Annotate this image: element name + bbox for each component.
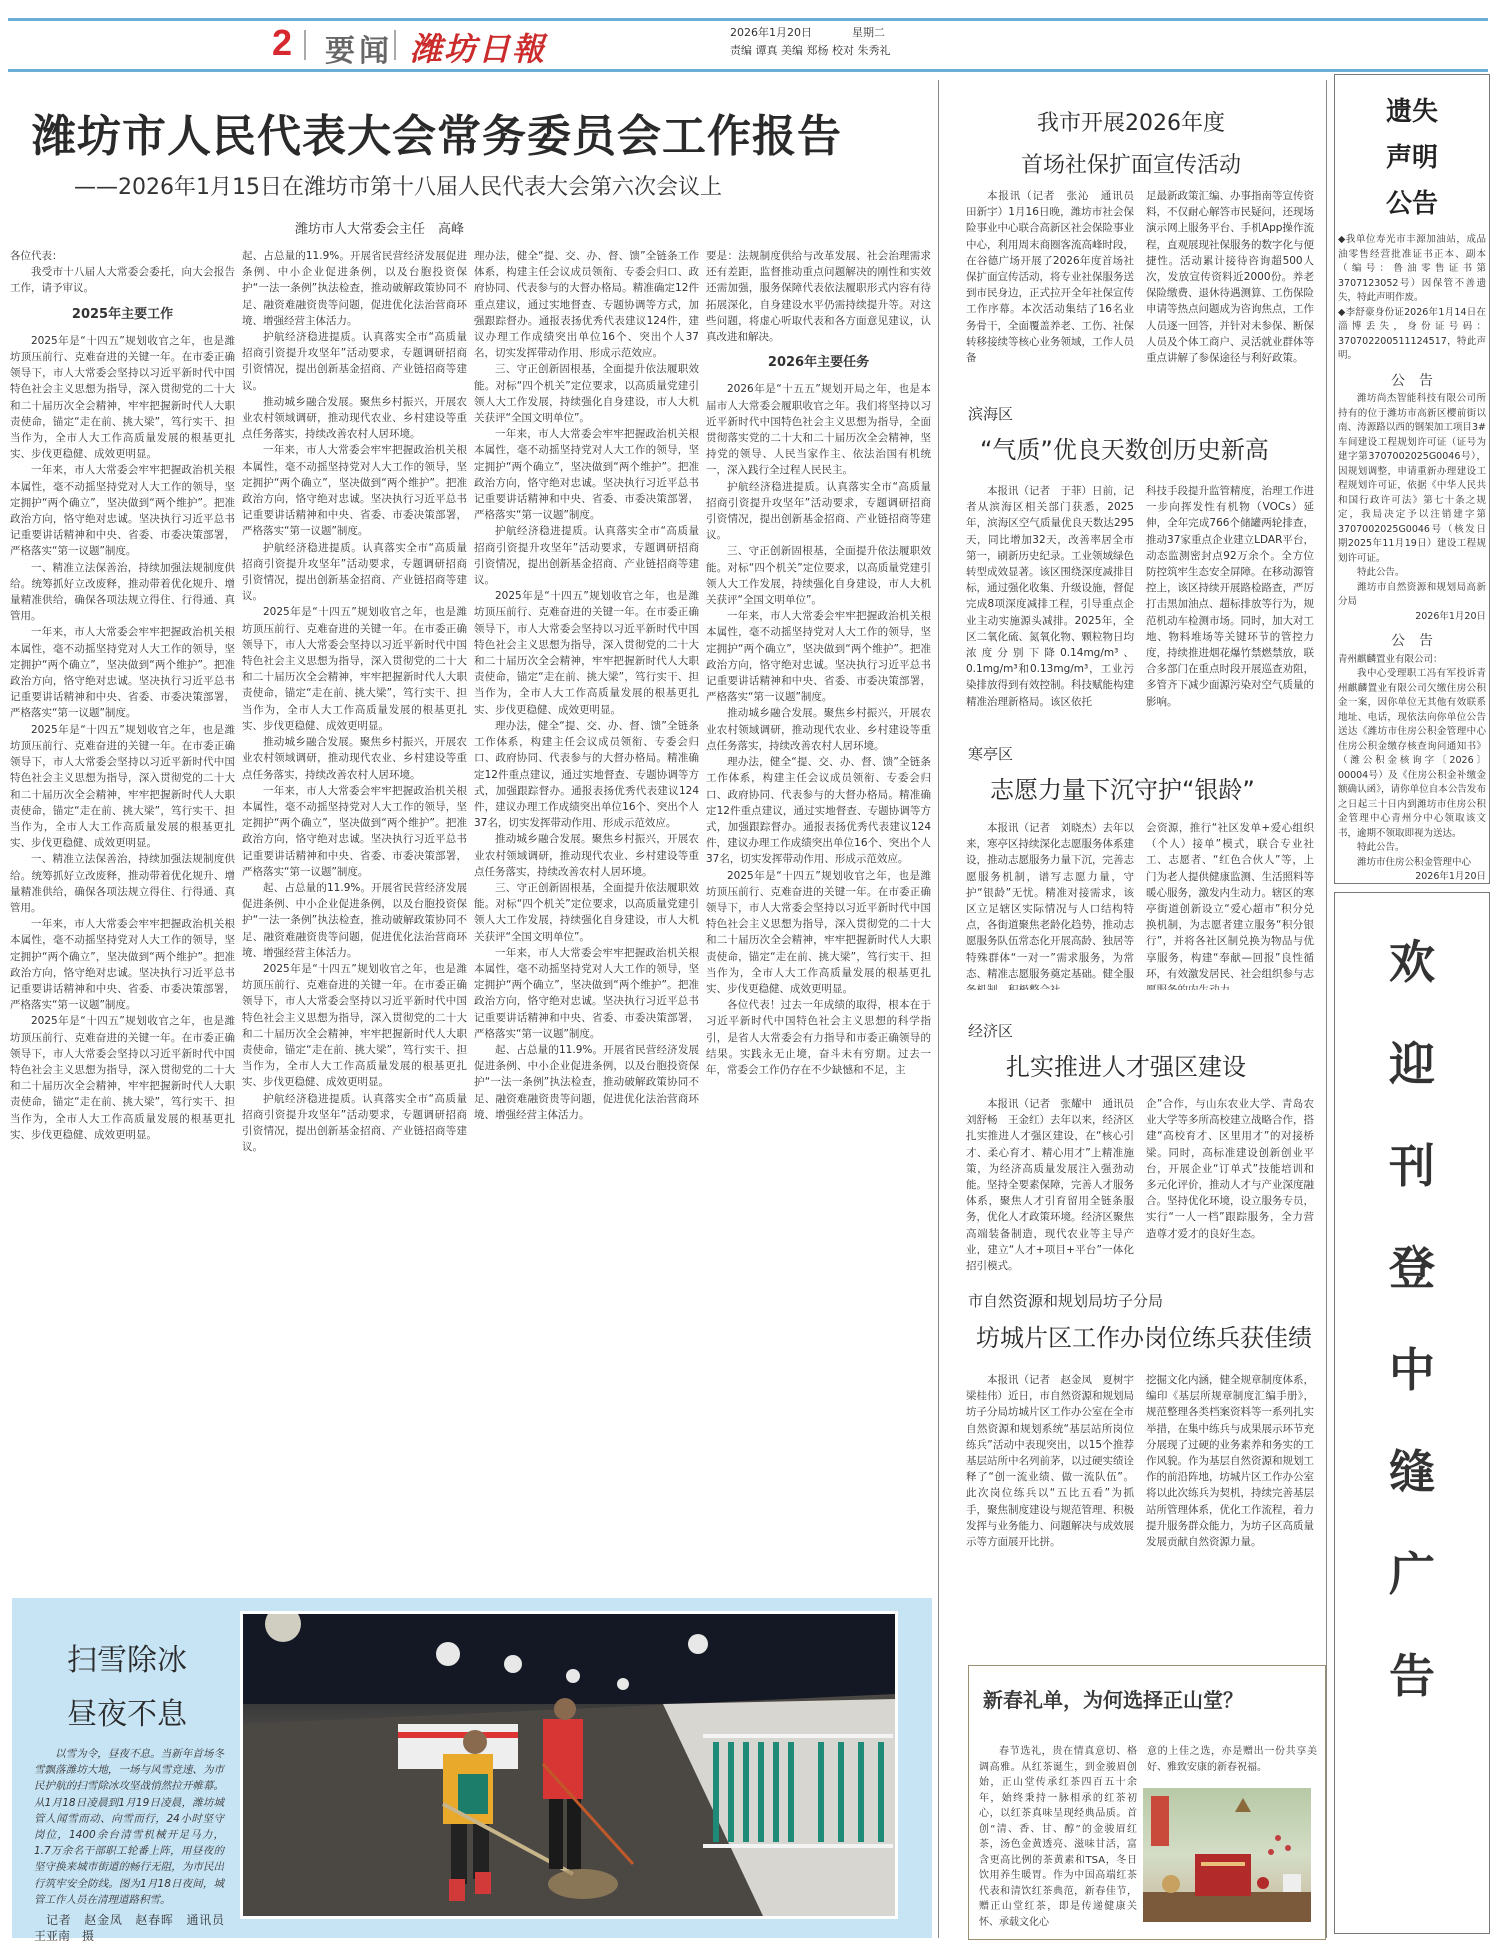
notice-text: 潍坊尚杰智能科技有限公司所持有的位于潍坊市高新区樱前街以南、涛源路以西的钢架加工… (1338, 392, 1486, 566)
body-paragraph: 一年来，市人大常委会牢牢把握政治机关根本属性，毫不动摇坚持党对人大工作的领导，坚… (706, 608, 931, 705)
ad-char: 缝 (1335, 1421, 1489, 1523)
news-body-right: 足最新政策汇编、办事指南等宣传资料，不仅耐心解答市民疑问，还现场演示网上服务平台… (1146, 188, 1314, 368)
news-kicker: 市自然资源和规划局坊子分局 (968, 1290, 1163, 1311)
news-body-text: 本报讯（记者 赵金凤 夏树宇 梁桂伟）近日，市自然资源和规划局坊子分局坊城片区工… (966, 1372, 1134, 1550)
issue-weekday: 星期二 (852, 26, 885, 39)
news-kicker: 滨海区 (968, 403, 1013, 424)
tea-ad-body-right: 意的上佳之选，亦是赠出一份共享美好、雅致安康的新春祝福。 (1147, 1744, 1317, 1784)
snow-story-title: 扫雪除冰 昼夜不息 (32, 1634, 222, 1742)
body-paragraph: 护航经济稳进提质。认真落实全市“高质量招商引资提升攻坚年”活动要求，专题调研招商… (242, 329, 467, 394)
body-paragraph: 一年来，市人大常委会牢牢把握政治机关根本属性，毫不动摇坚持党对人大工作的领导，坚… (242, 783, 467, 880)
tea-advertisement: 新春礼单，为何选择正山堂？ 春节选礼，贵在情真意切、格调高雅。从红茶诞生，到金骏… (968, 1665, 1326, 1940)
news-body-text: 本报讯（记者 刘晓杰）去年以来，寒亭区持续深化志愿服务体系建设，推动志愿服务力量… (966, 820, 1134, 990)
ad-char: 广 (1335, 1523, 1489, 1625)
column-divider (1326, 80, 1327, 1938)
news-body-left: 本报讯（记者 刘晓杰）去年以来，寒亭区持续深化志愿服务体系建设，推动志愿服务力量… (966, 820, 1134, 990)
masthead-bottom-rule (8, 69, 1488, 72)
news-title-air-quality: “气质”优良天数创历史新高 (980, 430, 1320, 465)
snow-title-line2: 昼夜不息 (32, 1688, 222, 1742)
masthead-divider (394, 30, 396, 60)
news-body-right: 科技手段提升监管精度，治理工作进一步向挥发性有机物（VOCs）延伸，全年完成76… (1146, 483, 1314, 708)
lead-headline: 潍坊市人民代表大会常务委员会工作报告 (32, 100, 842, 164)
body-paragraph: 一、精准立法保善治，持续加强法规制度供给。统筹抓好立改废释，推动带着优化规升、增… (10, 851, 235, 916)
lead-subheadline: ——2026年1月15日在潍坊市第十八届人民代表大会第六次会议上 (74, 170, 722, 201)
notice-signer: 潍坊市自然资源和规划局高新分局 (1338, 581, 1486, 610)
body-paragraph: 一年来，市人大常委会牢牢把握政治机关根本属性，毫不动摇坚持党对人大工作的领导，坚… (242, 442, 467, 539)
editor-credits: 责编 谭真 美编 郑杨 校对 朱秀礼 (730, 42, 960, 60)
news-body-text: 企”合作，与山东农业大学、青岛农业大学等多所高校建立战略合作，搭建“高校育才、区… (1146, 1096, 1314, 1242)
news-title-line: 我市开展2026年度 (946, 103, 1316, 145)
lead-column-1: 各位代表： 我受市十八届人大常委会委托，向大会报告工作，请予审议。 2025年主… (10, 248, 235, 1578)
news-body-text: 挖掘文化内涵，健全规章制度体系，编印《基层所规章制度汇编手册》，规范整理各类档案… (1146, 1372, 1314, 1550)
body-paragraph: 2025年是“十四五”规划收官之年，也是潍坊顶压前行、克难奋进的关键一年。在市委… (242, 961, 467, 1091)
body-paragraph: 护航经济稳进提质。认真落实全市“高质量招商引资提升攻坚年”活动要求，专题调研招商… (706, 479, 931, 544)
notice-date: 2026年1月20日 (1338, 610, 1486, 625)
notice-closing: 特此公告。 (1338, 566, 1486, 581)
greeting: 各位代表： (10, 248, 235, 264)
notice-title: 公 告 (1338, 374, 1486, 389)
body-paragraph: 一、精准立法保善治，持续加强法规制度供给。统筹抓好立改废释，推动带着优化规升、增… (10, 560, 235, 625)
body-paragraph: 一年来，市人大常委会牢牢把握政治机关根本属性，毫不动摇坚持党对人大工作的领导，坚… (10, 916, 235, 1013)
body-paragraph: 三、守正创新固根基，全面提升依法履职效能。对标“四个机关”定位要求，以高质量党建… (474, 880, 699, 945)
body-paragraph: 三、守正创新固根基，全面提升依法履职效能。对标“四个机关”定位要求，以高质量党建… (474, 361, 699, 426)
body-paragraph: 2025年是“十四五”规划收官之年，也是潍坊顶压前行、克难奋进的关键一年。在市委… (10, 1013, 235, 1143)
news-body-right: 会资源，推行“社区发单+爱心组织（个人）接单”模式，联合专业社工、志愿者、“红色… (1146, 820, 1314, 990)
lead-column-2: 起、占总量的11.9%。开展省民营经济发展促进条例、中小企业促进条例，以及台胞投… (242, 248, 467, 1578)
notice-header-line: 公告 (1335, 181, 1489, 227)
photo-credit: 记者 赵金凤 赵春晖 通讯员 王亚南 摄 (34, 1912, 224, 1944)
notice-signer: 潍坊市住房公积金管理中心 (1338, 856, 1486, 871)
vertical-ad-text: 欢 迎 刊 登 中 缝 广 告 (1335, 893, 1489, 1727)
masthead-divider (304, 30, 306, 60)
body-paragraph: 一年来，市人大常委会牢牢把握政治机关根本属性，毫不动摇坚持党对人大工作的领导，坚… (10, 624, 235, 721)
tea-ad-headline: 新春礼单，为何选择正山堂？ (983, 1684, 1243, 1713)
issue-date: 2026年1月20日 (730, 26, 812, 39)
lead-column-3: 理办法，健全“提、交、办、督、馈”全链条工作体系，构建主任会议成员领衔、专委会归… (474, 248, 699, 1578)
news-body-text: 本报讯（记者 张耀中 通讯员 刘舒畅 王金红）去年以来，经济区扎实推进人才强区建… (966, 1096, 1134, 1271)
notice-addressee: 青州麒麟置业有限公司： (1338, 653, 1486, 668)
notice-header-line: 声明 (1335, 135, 1489, 181)
ad-char: 告 (1335, 1625, 1489, 1727)
body-paragraph: 推动城乡融合发展。聚焦乡村振兴，开展农业农村领域调研，推动现代农业、乡村建设等重… (706, 705, 931, 754)
ad-char: 迎 (1335, 1013, 1489, 1115)
snow-body-text: 以雪为令，昼夜不息。当新年首场冬雪飘落潍坊大地，一场与风雪竞速、为市民护航的扫雪… (34, 1746, 224, 1908)
news-title-social-insurance: 我市开展2026年度 首场社保扩面宣传活动 (946, 103, 1316, 187)
news-body-left: 本报讯（记者 于菲）日前，记者从滨海区相关部门获悉，2025年，滨海区空气质量优… (966, 483, 1134, 708)
body-paragraph: 护航经济稳进提质。认真落实全市“高质量招商引资提升攻坚年”活动要求，专题调研招商… (242, 540, 467, 605)
body-paragraph: 三、守正创新固根基，全面提升依法履职效能。对标“四个机关”定位要求，以高质量党建… (706, 543, 931, 608)
body-paragraph: 2025年是“十四五”规划收官之年，也是潍坊顶压前行、克难奋进的关键一年。在市委… (242, 604, 467, 734)
section-heading-2026: 2026年主要任务 (706, 355, 931, 371)
body-paragraph: 推动城乡融合发展。聚焦乡村振兴，开展农业农村领域调研，推动现代农业、乡村建设等重… (242, 734, 467, 783)
vertical-ad-box: 欢 迎 刊 登 中 缝 广 告 (1334, 892, 1490, 1934)
snow-story-panel: 扫雪除冰 昼夜不息 以雪为令，昼夜不息。当新年首场冬雪飘落潍坊大地，一场与风雪竞… (12, 1598, 932, 1938)
ad-char: 中 (1335, 1319, 1489, 1421)
snow-story-body: 以雪为令，昼夜不息。当新年首场冬雪飘落潍坊大地，一场与风雪竞速、为市民护航的扫雪… (34, 1746, 224, 1944)
news-title-volunteers: 志愿力量下沉守护“银龄” (990, 770, 1320, 805)
news-title-training: 坊城片区工作办岗位练兵获佳绩 (976, 1318, 1316, 1353)
notice-date: 2026年1月20日 (1338, 870, 1486, 885)
snow-title-line1: 扫雪除冰 (32, 1634, 222, 1688)
tea-ad-text: 春节选礼，贵在情真意切、格调高雅。从红茶诞生，到金骏眉创始，正山堂传承红茶四百五… (979, 1744, 1137, 1930)
body-paragraph: 理办法，健全“提、交、办、督、馈”全链条工作体系，构建主任会议成员领衔、专委会归… (474, 718, 699, 831)
body-paragraph: 要是：法规制度供给与改革发展、社会治理需求还有差距，监督推动重点问题解决的刚性和… (706, 248, 931, 345)
news-title-line: 首场社保扩面宣传活动 (946, 145, 1316, 187)
news-kicker: 寒亭区 (968, 743, 1013, 764)
notice-text: 我中心受理职工冯有军投诉青州麒麟置业有限公司欠缴住房公积金一案，因你单位无其他有… (1338, 667, 1486, 841)
body-paragraph: 推动城乡融合发展。聚焦乡村振兴，开展农业农村领域调研，推动现代农业、乡村建设等重… (242, 394, 467, 443)
intro-paragraph: 我受市十八届人大常委会委托，向大会报告工作，请予审议。 (10, 264, 235, 296)
notice-header: 遗失 声明 公告 (1335, 75, 1489, 227)
news-body-text: 足最新政策汇编、办事指南等宣传资料，不仅耐心解答市民疑问，还现场演示网上服务平台… (1146, 188, 1314, 366)
news-body-left: 本报讯（记者 赵金凤 夏树宇 梁桂伟）近日，市自然资源和规划局坊子分局坊城片区工… (966, 1372, 1134, 1647)
body-paragraph: 2026年是“十五五”规划开局之年，也是本届市人大常委会履职收官之年。我们将坚持… (706, 381, 931, 478)
body-paragraph: 护航经济稳进提质。认真落实全市“高质量招商引资提升攻坚年”活动要求，专题调研招商… (242, 1091, 467, 1156)
news-body-left: 本报讯（记者 张沁 通讯员 田新宇）1月16日晚，潍坊市社会保险事业中心联合高新… (966, 188, 1134, 368)
body-paragraph: 各位代表！过去一年成绩的取得，根本在于习近平新时代中国特色社会主义思想的科学指引… (706, 997, 931, 1078)
body-paragraph: 起、占总量的11.9%。开展省民营经济发展促进条例、中小企业促进条例，以及台胞投… (242, 248, 467, 329)
lost-notice-box: 遗失 声明 公告 ◆我单位寿光市丰源加油站，成品油零售经营批准证书正本、副本（编… (1334, 74, 1490, 884)
body-paragraph: 2025年是“十四五”规划收官之年，也是潍坊顶压前行、克难奋进的关键一年。在市委… (10, 333, 235, 463)
masthead-meta: 2026年1月20日星期二 责编 谭真 美编 郑杨 校对 朱秀礼 (730, 24, 960, 60)
column-divider (938, 80, 939, 1938)
ad-char: 欢 (1335, 911, 1489, 1013)
lost-item-notice: ◆我单位寿光市丰源加油站，成品油零售经营批准证书正本、副本（编号：鲁油零售证书第… (1338, 233, 1486, 306)
tea-ad-text: 意的上佳之选，亦是赠出一份共享美好、雅致安康的新春祝福。 (1147, 1744, 1317, 1775)
snow-photo-illustration (243, 1614, 895, 1916)
tea-ad-body-left: 春节选礼，贵在情真意切、格调高雅。从红茶诞生，到金骏眉创始，正山堂传承红茶四百五… (979, 1744, 1137, 1934)
notice-header-line: 遗失 (1335, 89, 1489, 135)
snow-clearing-photo (240, 1611, 898, 1919)
body-paragraph: 2025年是“十四五”规划收官之年，也是潍坊顶压前行、克难奋进的关键一年。在市委… (706, 868, 931, 998)
masthead-top-rule (8, 18, 1488, 21)
news-body-text: 科技手段提升监管精度，治理工作进一步向挥发性有机物（VOCs）延伸，全年完成76… (1146, 483, 1314, 708)
ad-char: 刊 (1335, 1115, 1489, 1217)
lead-column-4: 要是：法规制度供给与改革发展、社会治理需求还有差距，监督推动重点问题解决的刚性和… (706, 248, 931, 1578)
notice-title: 公 告 (1338, 634, 1486, 649)
lost-item-notice: ◆李舒豪身份证2026年1月14日在淄博丢失，身份证号码：37070220051… (1338, 306, 1486, 364)
news-kicker: 经济区 (968, 1020, 1013, 1041)
body-paragraph: 一年来，市人大常委会牢牢把握政治机关根本属性，毫不动摇坚持党对人大工作的领导，坚… (474, 426, 699, 523)
tea-photo-illustration (1143, 1788, 1311, 1922)
news-body-right: 企”合作，与山东农业大学、青岛农业大学等多所高校建立战略合作，搭建“高校育才、区… (1146, 1096, 1314, 1271)
tea-product-photo (1143, 1788, 1311, 1922)
news-body-left: 本报讯（记者 张耀中 通讯员 刘舒畅 王金红）去年以来，经济区扎实推进人才强区建… (966, 1096, 1134, 1271)
section-heading-2025: 2025年主要工作 (10, 307, 235, 323)
news-body-right: 挖掘文化内涵，健全规章制度体系，编印《基层所规章制度汇编手册》，规范整理各类档案… (1146, 1372, 1314, 1647)
body-paragraph: 起、占总量的11.9%。开展省民营经济发展促进条例、中小企业促进条例，以及台胞投… (474, 1042, 699, 1123)
body-paragraph: 理办法，健全“提、交、办、督、馈”全链条工作体系，构建主任会议成员领衔、专委会归… (706, 754, 931, 867)
news-body-text: 本报讯（记者 于菲）日前，记者从滨海区相关部门获悉，2025年，滨海区空气质量优… (966, 483, 1134, 708)
notice-closing: 特此公告。 (1338, 841, 1486, 856)
paper-name-logo: 潍坊日報 (410, 24, 546, 70)
page-number: 2 (272, 22, 292, 64)
body-paragraph: 2025年是“十四五”规划收官之年，也是潍坊顶压前行、克难奋进的关键一年。在市委… (474, 588, 699, 718)
news-body-text: 本报讯（记者 张沁 通讯员 田新宇）1月16日晚，潍坊市社会保险事业中心联合高新… (966, 188, 1134, 366)
body-paragraph: 2025年是“十四五”规划收官之年，也是潍坊顶压前行、克难奋进的关键一年。在市委… (10, 722, 235, 852)
ad-char: 登 (1335, 1217, 1489, 1319)
body-paragraph: 起、占总量的11.9%。开展省民营经济发展促进条例、中小企业促进条例，以及台胞投… (242, 880, 467, 961)
body-paragraph: 理办法，健全“提、交、办、督、馈”全链条工作体系，构建主任会议成员领衔、专委会归… (474, 248, 699, 361)
news-body-text: 会资源，推行“社区发单+爱心组织（个人）接单”模式，联合专业社工、志愿者、“红色… (1146, 820, 1314, 990)
body-paragraph: 推动城乡融合发展。聚焦乡村振兴，开展农业农村领域调研，推动现代农业、乡村建设等重… (474, 831, 699, 880)
news-title-talent: 扎实推进人才强区建设 (1006, 1047, 1306, 1082)
lead-byline: 潍坊市人大常委会主任 高峰 (295, 218, 464, 237)
body-paragraph: 一年来，市人大常委会牢牢把握政治机关根本属性，毫不动摇坚持党对人大工作的领导，坚… (474, 945, 699, 1042)
body-paragraph: 护航经济稳进提质。认真落实全市“高质量招商引资提升攻坚年”活动要求，专题调研招商… (474, 523, 699, 588)
body-paragraph: 一年来，市人大常委会牢牢把握政治机关根本属性，毫不动摇坚持党对人大工作的领导，坚… (10, 462, 235, 559)
section-name: 要闻 (325, 26, 393, 70)
notice-body: ◆我单位寿光市丰源加油站，成品油零售经营批准证书正本、副本（编号：鲁油零售证书第… (1335, 233, 1489, 885)
